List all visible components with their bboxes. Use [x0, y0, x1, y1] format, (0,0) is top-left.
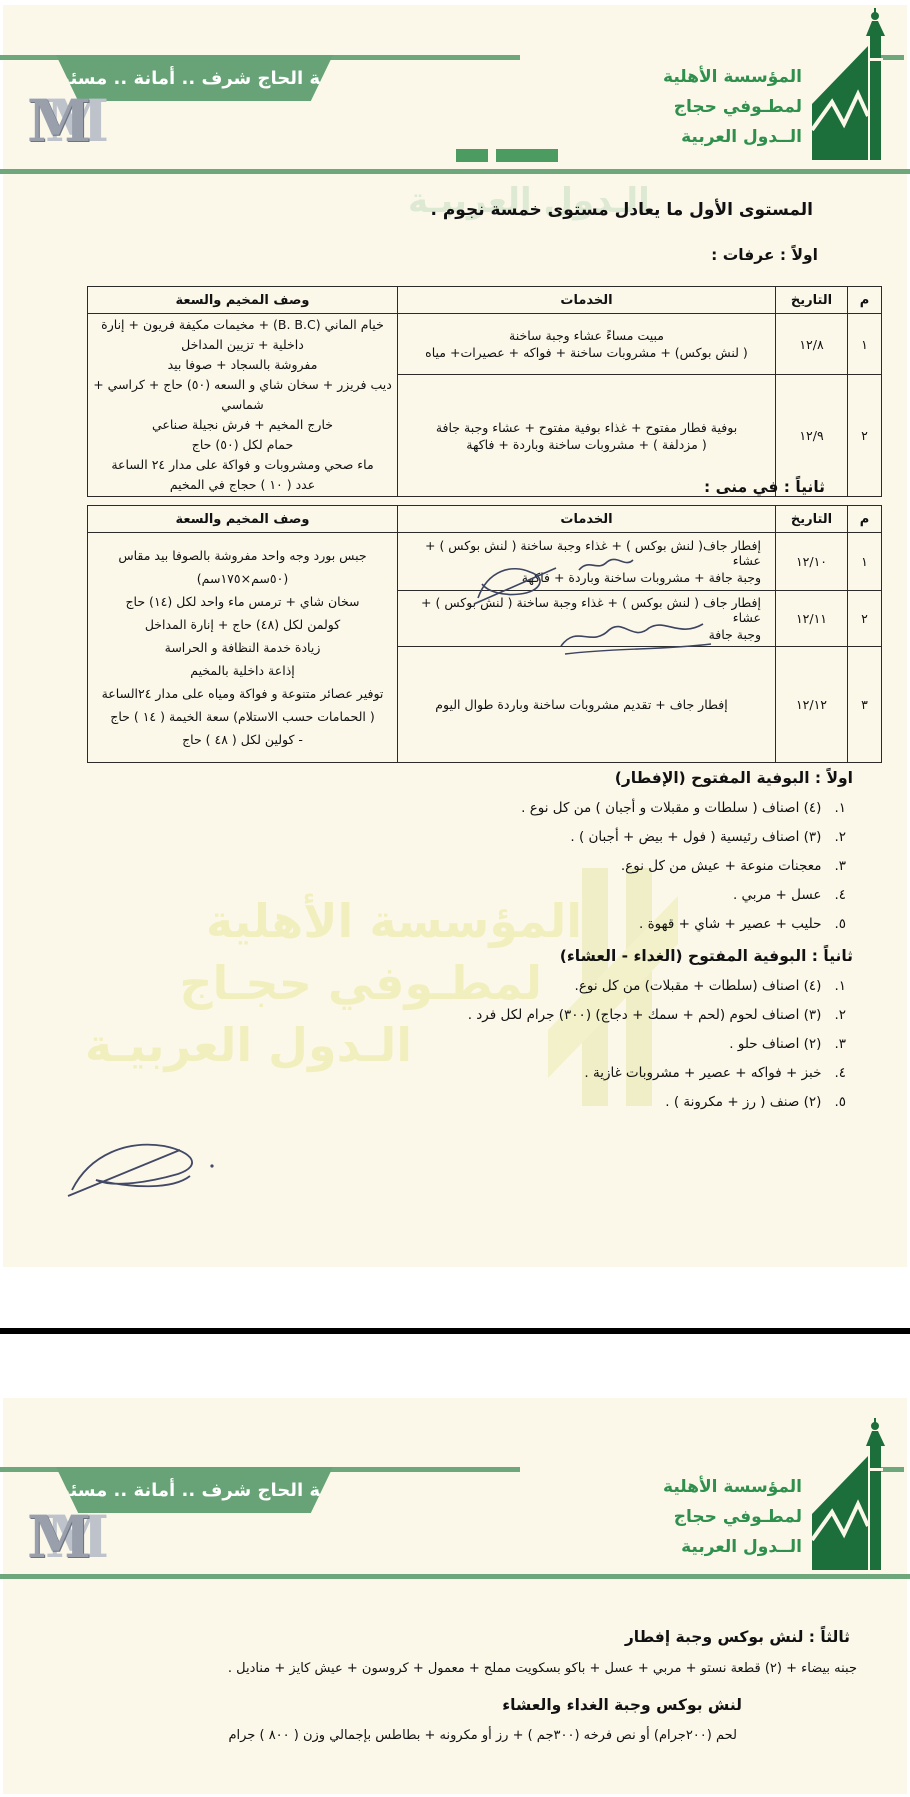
list-heading-lunch-dinner: ثانياً : البوفية المفتوح (الغداء - العشا… — [468, 947, 853, 965]
item-number: ٢. — [834, 1007, 846, 1023]
lunch-dinner-buffet-list: ثانياً : البوفية المفتوح (الغداء - العشا… — [468, 947, 853, 1117]
cell-date: ١٢/١٢ — [776, 647, 848, 763]
col-header-date: التاريخ — [776, 506, 848, 533]
lunchbox-lunch-dinner-contents: لحم (٢٠٠جرام) أو نص فرخه (٣٠٠جم ) + رز أ… — [228, 1728, 737, 1743]
desc-line: عدد ( ١٠ ) حجاج في المخيم — [92, 475, 393, 495]
col-header-desc: وصف المخيم والسعة — [88, 506, 398, 533]
list-item: ١.(٤) اصناف ( سلطات و مقبلات و أجبان ) م… — [521, 794, 853, 823]
item-text: عسل + مربي . — [733, 887, 822, 903]
cell-date: ١٢/١٠ — [776, 533, 848, 591]
cell-camp-description: جبس بورد وجه واحد مفروشة بالصوفا بيد مقا… — [88, 533, 398, 763]
item-number: ٥. — [834, 916, 846, 932]
cell-num: ٣ — [848, 647, 882, 763]
section-heading-lunchbox-breakfast: ثالثاً : لنش بوكس وجبة إفطار — [625, 1628, 850, 1646]
table-header-row: م التاريخ الخدمات وصف المخيم والسعة — [88, 506, 882, 533]
desc-line: توفير عصائر متنوعة و فواكة ومياه على مدا… — [92, 682, 393, 705]
handwritten-annotation — [575, 554, 637, 576]
item-text: (٤) اصناف (سلطات + مقبلات) من كل نوع. — [575, 978, 822, 994]
item-text: (٣) اصناف لحوم (لحم + سمك + دجاج) (٣٠٠) … — [468, 1007, 822, 1023]
cell-num: ٢ — [848, 591, 882, 647]
service-line: ( لنش بوكس) + مشروبات ساخنة + فواكه + عص… — [402, 345, 771, 360]
col-header-desc: وصف المخيم والسعة — [88, 287, 398, 314]
list-item: ٢.(٣) اصناف لحوم (لحم + سمك + دجاج) (٣٠٠… — [468, 1001, 853, 1030]
desc-line: حمام لكل (٥٠) حاج — [92, 435, 393, 455]
signature-scribble — [62, 1132, 222, 1222]
cell-num: ١ — [848, 533, 882, 591]
desc-line: ديب فريزر + سخان شاي و السعه (٥٠) حاج + … — [92, 375, 393, 415]
mosque-minaret-icon — [806, 1418, 906, 1570]
list-item: ٣.معجنات منوعة + عيش من كل نوع. — [521, 852, 853, 881]
desc-line: ( الحمامات حسب الاستلام) سعة الخيمة ( ١٤… — [92, 705, 393, 728]
section-heading-mina: ثانياً : في منى : — [704, 478, 825, 496]
section-heading-lunchbox-lunch-dinner: لنش بوكس وجبة الغداء والعشاء — [502, 1696, 742, 1714]
col-header-date: التاريخ — [776, 287, 848, 314]
m-monogram: M M — [27, 1508, 117, 1570]
handwritten-annotation — [553, 616, 723, 660]
desc-line: خارج المخيم + فرش نجيلة صناعي — [92, 415, 393, 435]
item-number: ٥. — [834, 1094, 846, 1110]
col-header-num: م — [848, 506, 882, 533]
cell-date: ١٢/١١ — [776, 591, 848, 647]
org-logo-text: المؤسسة الأهلية لمطـوفي حجاج الــدول الع… — [663, 1472, 802, 1562]
desc-line: (٥٠سم×١٧٥سم) — [92, 567, 393, 590]
service-line: إفطار جاف + تقديم مشروبات ساخنة وباردة ط… — [402, 697, 761, 712]
item-number: ٣. — [834, 858, 846, 874]
lunchbox-breakfast-contents: جبنه بيضاء + (٢) قطعة نستو + مربي + عسل … — [228, 1661, 857, 1676]
org-name-line1: المؤسسة الأهلية — [663, 1472, 802, 1502]
item-text: (٤) اصناف ( سلطات و مقبلات و أجبان ) من … — [521, 800, 821, 816]
cell-num: ١ — [848, 314, 882, 375]
org-logo: المؤسسة الأهلية لمطـوفي حجاج الــدول الع… — [615, 1418, 910, 1570]
item-number: ١. — [834, 978, 846, 994]
list-heading-breakfast: اولاً : البوفية المفتوح (الإفطار) — [521, 769, 853, 787]
desc-line: خيام الماني (B. B.C) + مخيمات مكيفة فريو… — [92, 315, 393, 355]
table-header-row: م التاريخ الخدمات وصف المخيم والسعة — [88, 287, 882, 314]
scanned-document: الـدول العربيـة المؤسسة الأهلية لمطـوفي … — [0, 0, 910, 1797]
desc-line: كولمن لكل (٤٨) حاج + إنارة المداخل — [92, 613, 393, 636]
cell-num: ٢ — [848, 375, 882, 497]
header-rule — [0, 1574, 910, 1579]
desc-line: زيادة خدمة النظافة و الحراسة — [92, 636, 393, 659]
desc-line: ماء صحي ومشروبات و فواكة على مدار ٢٤ الس… — [92, 455, 393, 475]
list-item: ١.(٤) اصناف (سلطات + مقبلات) من كل نوع. — [468, 972, 853, 1001]
list-item: ٣.(٢) اصناف حلو . — [468, 1030, 853, 1059]
desc-line: - كولين لكل ( ٤٨ ) حاج — [92, 728, 393, 751]
item-number: ٤. — [834, 887, 846, 903]
item-number: ٤. — [834, 1065, 846, 1081]
list-item: ٥.حليب + عصير + شاي + قهوة . — [521, 910, 853, 939]
col-header-num: م — [848, 287, 882, 314]
item-number: ٢. — [834, 829, 846, 845]
item-text: (٢) صنف ( رز + مكرونة ) . — [665, 1094, 821, 1110]
desc-line: جبس بورد وجه واحد مفروشة بالصوفا بيد مقا… — [92, 544, 393, 567]
cell-camp-description: خيام الماني (B. B.C) + مخيمات مكيفة فريو… — [88, 314, 398, 497]
org-name-line2: لمطـوفي حجاج — [663, 1502, 802, 1532]
item-text: حليب + عصير + شاي + قهوة . — [639, 916, 821, 932]
org-name-line3: الــدول العربية — [663, 1532, 802, 1562]
banner-slogan-text: خدمة الحاج شرف .. أمانة .. مسئولية — [34, 1480, 355, 1501]
service-line: مبيت مساءً عشاء وجبة ساخنة — [402, 328, 771, 343]
desc-line: إذاعة داخلية بالمخيم — [92, 659, 393, 682]
table-row: ١ ١٢/٨ مبيت مساءً عشاء وجبة ساخنة ( لنش … — [88, 314, 882, 375]
handwritten-annotation — [468, 558, 568, 610]
section-heading-arafat: اولاً : عرفات : — [711, 246, 818, 264]
page-title: المستوى الأول ما يعادل مستوى خمسة نجوم . — [430, 200, 813, 220]
item-text: (٣) اصناف رئيسية ( فول + بيض + أجبان ) . — [570, 829, 821, 845]
arafat-table: م التاريخ الخدمات وصف المخيم والسعة ١ ١٢… — [87, 286, 882, 497]
list-item: ٥.(٢) صنف ( رز + مكرونة ) . — [468, 1088, 853, 1117]
mina-table: م التاريخ الخدمات وصف المخيم والسعة ١ ١٢… — [87, 505, 882, 763]
service-line: ( مزدلفة ) + مشروبات ساخنة وباردة + فاكه… — [402, 437, 771, 452]
cell-services: إفطار جاف + تقديم مشروبات ساخنة وباردة ط… — [398, 647, 776, 763]
cell-services: مبيت مساءً عشاء وجبة ساخنة ( لنش بوكس) +… — [398, 314, 776, 375]
breakfast-buffet-list: اولاً : البوفية المفتوح (الإفطار) ١.(٤) … — [521, 769, 853, 939]
cell-date: ١٢/٨ — [776, 314, 848, 375]
desc-line: مفروشة بالسجاد + صوفا بيد — [92, 355, 393, 375]
list-item: ٤.عسل + مربي . — [521, 881, 853, 910]
list-item: ٤.خبز + فواكه + عصير + مشروبات غازية . — [468, 1059, 853, 1088]
col-header-services: الخدمات — [398, 506, 776, 533]
item-text: خبز + فواكه + عصير + مشروبات غازية . — [584, 1065, 821, 1081]
desc-line: سخان شاي + ترمس ماء واحد لكل (١٤) حاج — [92, 590, 393, 613]
item-number: ٣. — [834, 1036, 846, 1052]
item-text: (٢) اصناف حلو . — [729, 1036, 821, 1052]
col-header-services: الخدمات — [398, 287, 776, 314]
list-item: ٢.(٣) اصناف رئيسية ( فول + بيض + أجبان )… — [521, 823, 853, 852]
monogram-letter-front: M — [27, 1508, 91, 1566]
service-line: بوفية فطار مفتوح + غذاء بوفية مفتوح + عش… — [402, 420, 771, 435]
item-number: ١. — [834, 800, 846, 816]
item-text: معجنات منوعة + عيش من كل نوع. — [621, 858, 822, 874]
